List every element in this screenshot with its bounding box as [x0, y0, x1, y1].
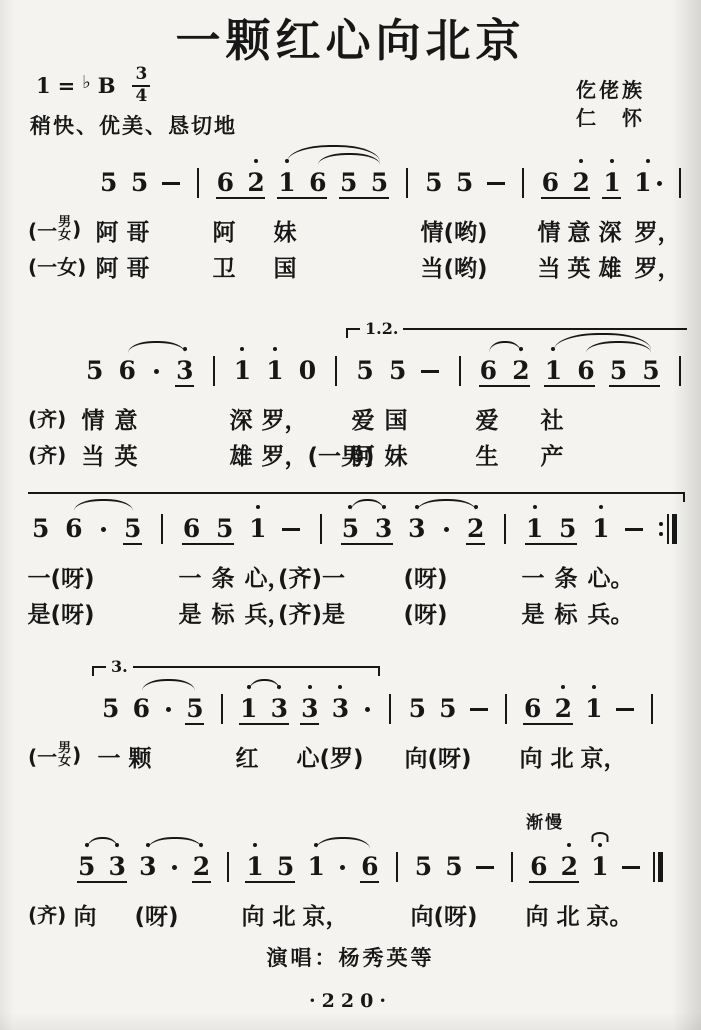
note-number: 2 [193, 850, 210, 884]
lyric-syllable: 产 [541, 438, 564, 471]
octave-dot-icon [382, 505, 386, 509]
lyric-syllable: 心。 [588, 560, 634, 593]
flat-icon: ♭ [82, 72, 91, 93]
lyric-line: (齐)当英雄罗，(一男)阿妹生产 [28, 436, 687, 472]
note-number: 1 [249, 512, 266, 546]
note-5: 5 [216, 512, 233, 546]
barline [209, 354, 219, 388]
note-6: 6 [524, 692, 541, 726]
time-signature-denominator: 4 [135, 87, 147, 106]
voice-label-stack: 男女 [58, 742, 71, 768]
lyric-line: (一男女)一颗红心(罗)向(呀)向北京， [28, 738, 687, 774]
lyric-syllable: 情 [538, 214, 561, 247]
lyrics-block: (齐)向(呀)向北京，向(呀)向北京。 [28, 896, 687, 932]
octave-dot-icon [308, 685, 312, 689]
lyric-syllable: 意 [568, 214, 591, 247]
note-5: 5 [100, 166, 117, 200]
note-3: 3 [408, 512, 425, 546]
dash-extension-note [487, 166, 505, 200]
voice-label: (一男女) [28, 214, 81, 244]
lyrics-block: (一男女)阿哥阿妹情(哟)情意深罗，(一女)阿哥卫国当(哟)当英雄罗， [28, 212, 687, 284]
lyric-syllable: 向 [242, 898, 265, 931]
note-1: 1 [634, 166, 661, 200]
slur-arc [318, 153, 380, 165]
lyric-syllable: 标 [212, 596, 235, 629]
note-number: 6 [119, 354, 136, 388]
note-2: 2 [561, 850, 578, 884]
dash-extension-note [622, 850, 640, 884]
lyric-line: (一女)阿哥卫国当(哟)当英雄罗， [28, 248, 687, 284]
lyric-syllable: 当 [538, 250, 561, 283]
note-number: 3 [408, 512, 425, 546]
volta-bracket-tick [683, 492, 685, 502]
volta-bracket-tick [346, 328, 348, 338]
octave-dot-icon [146, 843, 150, 847]
note-number: 6 [480, 354, 497, 388]
lyrics-block: 一(呀)一条心，(齐)一(呀)一条心。是(呀)是标兵，(齐)是(呀)是标兵。 [28, 558, 687, 630]
note-2: 2 [555, 692, 572, 726]
barline [675, 354, 685, 388]
note-number: 1 [591, 850, 608, 884]
note-1: 1 [603, 166, 620, 200]
note-number: 5 [131, 166, 148, 200]
lyrics-block: (一男女)一颗红心(罗)向(呀)向北京， [28, 738, 687, 774]
notation-line: 55621655556211 [28, 166, 687, 200]
lyric-syllable: (齐)一 [278, 560, 345, 593]
note-number: 5 [456, 166, 473, 200]
note-3: 3 [301, 692, 318, 726]
note-6: 6 [119, 354, 136, 388]
lyric-syllable: 意 [115, 402, 138, 435]
note-number: 1 [234, 354, 251, 388]
note-number: 6 [309, 166, 326, 200]
music-system-1: 55621655556211 (一男女)阿哥阿妹情(哟)情意深罗，(一女)阿哥卫… [28, 122, 687, 284]
voice-label-prefix: (一 [28, 215, 57, 244]
lyric-syllable: 条 [212, 560, 235, 593]
dash-extension-note [616, 692, 634, 726]
note-3: 3 [176, 354, 193, 388]
lyric-syllable: 雄 [599, 250, 622, 283]
lyric-syllable: (呀) [404, 596, 448, 629]
note-number: 5 [371, 166, 388, 200]
credit-line-ethnic-group: 仡佬族 [576, 76, 645, 104]
dash-extension-note [625, 512, 643, 546]
lyric-syllable: 罗， [635, 214, 681, 247]
note-number: 5 [78, 850, 95, 884]
song-title: 一颗红心向北京 [0, 4, 701, 69]
note-number: 2 [561, 850, 578, 884]
note-1: 1 [246, 850, 263, 884]
lyric-syllable: 当 [82, 438, 105, 471]
note-1: 1 [249, 512, 266, 546]
sheet-music-page: 一颗红心向北京 1 = ♭ B 3 4 稍快、优美、恳切地 仡佬族 仁 怀 55… [0, 0, 701, 1030]
barline [501, 692, 511, 726]
note-number: 6 [542, 166, 559, 200]
barline [331, 354, 341, 388]
note-number: 6 [524, 692, 541, 726]
final-barline [653, 850, 663, 884]
octave-dot-icon [285, 159, 289, 163]
lyric-syllable: 北 [273, 898, 296, 931]
note-5: 5 [425, 166, 442, 200]
note-number: 2 [247, 166, 264, 200]
lyric-syllable: 深 [599, 214, 622, 247]
note-6: 6 [183, 512, 200, 546]
lyric-syllable: 卫 [213, 250, 236, 283]
note-number: 5 [102, 692, 119, 726]
octave-dot-icon [598, 843, 602, 847]
octave-dot-icon [599, 505, 603, 509]
lyric-syllable: 标 [555, 596, 578, 629]
note-number: 1 [592, 512, 609, 546]
lyric-line: 一(呀)一条心，(齐)一(呀)一条心。 [28, 558, 687, 594]
note-3: 3 [332, 692, 349, 726]
note-3: 3 [139, 850, 156, 884]
note-number: 5 [216, 512, 233, 546]
note-number: 3 [301, 692, 318, 726]
voice-label: (齐) [28, 438, 66, 468]
note-2: 2 [512, 354, 529, 388]
note-6: 6 [361, 850, 378, 884]
lyric-syllable: 是(呀) [28, 596, 95, 629]
octave-dot-icon [567, 843, 571, 847]
note-number: 2 [512, 354, 529, 388]
note-1: 1 [526, 512, 543, 546]
note-1: 1 [591, 850, 608, 884]
lyrics-block: (齐)情意深罗，爱国爱社(齐)当英雄罗，(一男)阿妹生产 [28, 400, 687, 472]
note-5: 5 [559, 512, 576, 546]
slur-arc [554, 333, 651, 350]
time-signature-numerator: 3 [132, 66, 150, 87]
octave-dot-icon [115, 843, 119, 847]
dash-extension-note [282, 512, 300, 546]
octave-dot-icon [254, 159, 258, 163]
octave-dot-icon [277, 685, 281, 689]
page-number: ·220· [0, 990, 701, 1012]
note-number: 6 [183, 512, 200, 546]
octave-dot-icon [519, 347, 523, 351]
note-6: 6 [577, 354, 594, 388]
note-number: 5 [86, 354, 103, 388]
note-5: 5 [32, 512, 49, 546]
augmentation-dot [151, 354, 161, 388]
music-system-5: 渐慢 5332151655621 (齐)向(呀)向北京，向(呀)向北京。 [28, 806, 687, 932]
key-do: 1 [36, 73, 51, 98]
lyric-syllable: 社 [541, 402, 564, 435]
music-system-3: 5656515332151 一(呀)一条心，(齐)一(呀)一条心。是(呀)是标兵… [28, 468, 687, 630]
note-1: 1 [307, 850, 324, 884]
note-5: 5 [340, 166, 357, 200]
slur-arc [249, 679, 280, 691]
lyric-syllable: 北 [557, 898, 580, 931]
volta-bracket-line [92, 666, 380, 668]
note-number: 5 [559, 512, 576, 546]
dash-extension-note [476, 850, 494, 884]
note-5: 5 [277, 850, 294, 884]
note-number: 5 [124, 512, 141, 546]
time-signature: 3 4 [132, 66, 150, 106]
lyric-syllable: 一 [98, 740, 121, 773]
lyric-syllable: 是 [179, 596, 202, 629]
slur-arc [74, 499, 133, 511]
note-number: 1 [246, 850, 263, 884]
slur-arc [351, 499, 384, 511]
note-number: 5 [409, 692, 426, 726]
note-1: 1 [266, 354, 283, 388]
dash-extension-note [162, 166, 180, 200]
octave-dot-icon [199, 843, 203, 847]
lyric-syllable: 一 [179, 560, 202, 593]
lyric-syllable: 生 [476, 438, 499, 471]
volta-label: 1.2. [360, 320, 403, 338]
note-number: 5 [445, 850, 462, 884]
note-number: 6 [577, 354, 594, 388]
octave-dot-icon [240, 347, 244, 351]
voice-label: (齐) [28, 402, 66, 432]
lyric-line: (齐)向(呀)向北京，向(呀)向北京。 [28, 896, 687, 932]
note-3: 3 [271, 692, 288, 726]
barline [385, 692, 395, 726]
notation-line: 56311055621655 [28, 354, 687, 388]
note-number: 5 [356, 354, 373, 388]
note-number: 2 [572, 166, 589, 200]
voice-label-prefix: (一 [28, 741, 57, 770]
tempo-change-mark: 渐慢 [526, 808, 564, 833]
volta-bracket-tick [92, 666, 94, 676]
note-5: 5 [131, 166, 148, 200]
note-5: 5 [456, 166, 473, 200]
note-6: 6 [65, 512, 82, 546]
slur-arc [417, 499, 476, 511]
note-5: 5 [610, 354, 627, 388]
note-5: 5 [415, 850, 432, 884]
note-number: 1 [526, 512, 543, 546]
voice-label-suffix: ) [72, 743, 81, 767]
lyric-syllable: 阿 [96, 250, 119, 283]
note-1: 1 [545, 354, 562, 388]
lyric-syllable: 雄 [230, 438, 253, 471]
note-3: 3 [375, 512, 392, 546]
lyric-syllable: 兵。 [588, 596, 634, 629]
barline [507, 850, 517, 884]
notation-line: 5332151655621 [28, 850, 687, 884]
volta-bracket-line [28, 492, 685, 494]
lyric-syllable: 英 [568, 250, 591, 283]
fermata-icon [591, 832, 608, 842]
augmentation-dot [98, 512, 108, 546]
lyric-syllable: 红 [236, 740, 259, 773]
octave-dot-icon [247, 685, 251, 689]
octave-dot-icon [415, 505, 419, 509]
octave-dot-icon [338, 685, 342, 689]
barline [402, 166, 412, 200]
lyric-syllable: 向 [526, 898, 549, 931]
voice-label: (一男女) [28, 740, 81, 770]
note-number: 1 [545, 354, 562, 388]
slur-arc [148, 837, 202, 849]
barline [455, 354, 465, 388]
note-5: 5 [642, 354, 659, 388]
octave-dot-icon [348, 505, 352, 509]
lyric-line: 是(呀)是标兵，(齐)是(呀)是标兵。 [28, 594, 687, 630]
note-number: 1 [266, 354, 283, 388]
lyric-syllable: 向(呀) [405, 740, 472, 773]
note-5: 5 [409, 692, 426, 726]
lyric-syllable: 情 [82, 402, 105, 435]
barline [500, 512, 510, 546]
slur-arc [489, 341, 521, 353]
note-6: 6 [480, 354, 497, 388]
barline [518, 166, 528, 200]
lyric-syllable: 北 [551, 740, 574, 773]
note-1: 1 [585, 692, 602, 726]
octave-dot-icon [474, 505, 478, 509]
note-number: 5 [642, 354, 659, 388]
lyric-syllable: 当(哟) [421, 250, 488, 283]
note-1: 1 [592, 512, 609, 546]
lyric-syllable: 一(呀) [28, 560, 95, 593]
note-6: 6 [542, 166, 559, 200]
dash-extension-note [421, 354, 439, 388]
note-number: 5 [415, 850, 432, 884]
lyric-syllable: 情(哟) [421, 214, 488, 247]
note-number: 3 [109, 850, 126, 884]
lyric-syllable: 一 [522, 560, 545, 593]
lyric-syllable: 国 [274, 250, 297, 283]
note-5: 5 [78, 850, 95, 884]
octave-dot-icon [551, 347, 555, 351]
octave-dot-icon [253, 843, 257, 847]
note-number: 5 [425, 166, 442, 200]
note-number: 3 [139, 850, 156, 884]
note-6: 6 [217, 166, 234, 200]
note-number: 5 [340, 166, 357, 200]
note-number: 3 [375, 512, 392, 546]
lyric-syllable: 哥 [127, 250, 150, 283]
lyric-syllable: 京， [303, 898, 349, 931]
lyric-syllable: 国 [385, 402, 408, 435]
note-1: 1 [240, 692, 257, 726]
slur-arc [87, 837, 118, 849]
octave-dot-icon [273, 347, 277, 351]
lyric-line: (齐)情意深罗，爱国爱社 [28, 400, 687, 436]
music-system-2: 1.2. 56311055621655 (齐)情意深罗，爱国爱社(齐)当英雄罗，… [28, 310, 687, 472]
lyric-syllable: 心(罗) [297, 740, 364, 773]
octave-dot-icon [314, 843, 318, 847]
lyric-syllable: 爱 [476, 402, 499, 435]
octave-dot-icon [183, 347, 187, 351]
lyric-syllable: (呀) [135, 898, 179, 931]
lyric-syllable: 条 [555, 560, 578, 593]
note-5: 5 [102, 692, 119, 726]
octave-dot-icon [85, 843, 89, 847]
barline [223, 850, 233, 884]
lyric-syllable: 阿 [96, 214, 119, 247]
lyric-syllable: 阿 [213, 214, 236, 247]
lyric-syllable: (呀) [404, 560, 448, 593]
slur-arc [316, 837, 370, 849]
lyric-syllable: 妹 [385, 438, 408, 471]
augmentation-dot [657, 181, 662, 186]
note-1: 1 [234, 354, 251, 388]
note-5: 5 [439, 692, 456, 726]
note-2: 2 [467, 512, 484, 546]
slur-arc [142, 679, 195, 691]
note-number: 3 [332, 692, 349, 726]
lyric-syllable: 罗， [635, 250, 681, 283]
note-number: 5 [186, 692, 203, 726]
augmentation-dot [338, 850, 348, 884]
octave-dot-icon [256, 505, 260, 509]
voice-label-suffix: ) [72, 217, 81, 241]
octave-dot-icon [646, 159, 650, 163]
note-number: 6 [361, 850, 378, 884]
lyric-syllable: 是 [522, 596, 545, 629]
voice-label: (齐) [28, 898, 66, 928]
barline [392, 850, 402, 884]
note-1: 1 [278, 166, 295, 200]
barline [193, 166, 203, 200]
slur-arc [287, 145, 380, 162]
note-number: 5 [610, 354, 627, 388]
music-system-4: 3. 565133355621 (一男女)一颗红心(罗)向(呀)向北京， [28, 648, 687, 774]
octave-dot-icon [533, 505, 537, 509]
notation-line: 565133355621 [28, 692, 687, 726]
note-number: 5 [342, 512, 359, 546]
note-number: 1 [603, 166, 620, 200]
note-5: 5 [342, 512, 359, 546]
volta-bracket-tick [378, 666, 380, 676]
notation-line: 5656515332151 [28, 512, 687, 546]
lyric-syllable: 京。 [587, 898, 633, 931]
lyric-syllable: 阿 [352, 438, 375, 471]
note-number: 1 [307, 850, 324, 884]
lyric-syllable: 向 [74, 898, 97, 931]
note-2: 2 [247, 166, 264, 200]
note-number: 1 [585, 692, 602, 726]
note-number: 6 [65, 512, 82, 546]
lyric-line: (一男女)阿哥阿妹情(哟)情意深罗， [28, 212, 687, 248]
repeat-end-barline [659, 512, 677, 546]
note-5: 5 [356, 354, 373, 388]
octave-dot-icon [592, 685, 596, 689]
augmentation-dot [362, 692, 372, 726]
octave-dot-icon [579, 159, 583, 163]
lyric-syllable: 英 [115, 438, 138, 471]
lyric-syllable: 向(呀) [411, 898, 478, 931]
note-number: 5 [277, 850, 294, 884]
lyric-syllable: 颗 [129, 740, 152, 773]
augmentation-dot [170, 850, 180, 884]
dash-extension-note [470, 692, 488, 726]
note-6: 6 [309, 166, 326, 200]
note-number: 0 [299, 354, 316, 388]
lyric-syllable: 爱 [352, 402, 375, 435]
note-5: 5 [371, 166, 388, 200]
note-number: 5 [32, 512, 49, 546]
repeat-dots [659, 522, 663, 536]
lyric-syllable: 罗， [262, 402, 308, 435]
note-5: 5 [389, 354, 406, 388]
note-number: 6 [133, 692, 150, 726]
note-5: 5 [86, 354, 103, 388]
note-2: 2 [193, 850, 210, 884]
key-signature: 1 = ♭ B 3 4 [36, 66, 150, 106]
lyric-syllable: 深 [230, 402, 253, 435]
note-number: 1 [278, 166, 295, 200]
note-number: 2 [467, 512, 484, 546]
octave-dot-icon [610, 159, 614, 163]
